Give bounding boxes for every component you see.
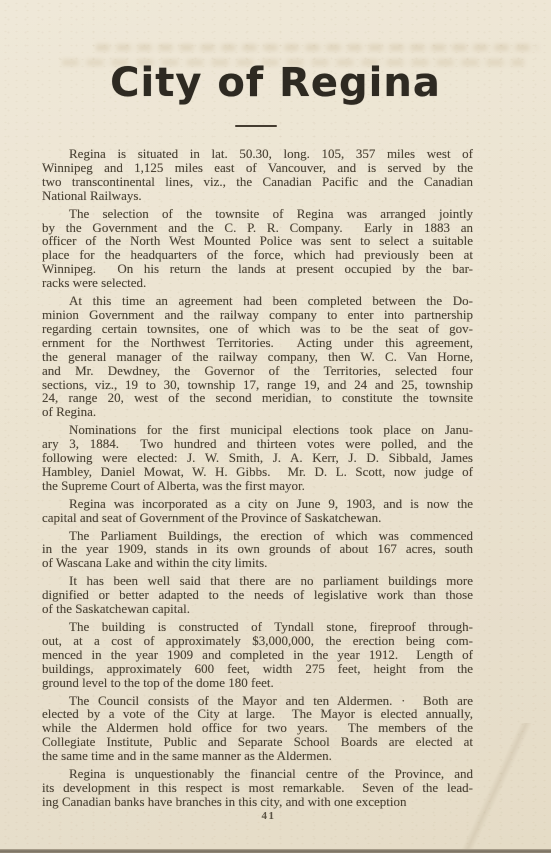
paragraph: Regina is unquestionably the financial c… — [42, 767, 473, 809]
paragraph: The selection of the townsite of Regina … — [42, 207, 473, 290]
paragraph: Regina is situated in lat. 50.30, long. … — [42, 147, 473, 203]
text-line: Nominations for the first municipal elec… — [42, 423, 473, 437]
scan-bottom-edge — [0, 849, 551, 853]
text-line: capital and seat of Government of the Pr… — [42, 511, 473, 525]
text-line: two transcontinental lines, viz., the Ca… — [42, 175, 473, 189]
paragraph: The building is constructed of Tyndall s… — [42, 620, 473, 690]
text-line: Regina was incorporated as a city on Jun… — [42, 497, 473, 511]
page-title: City of Regina — [0, 60, 551, 106]
text-line: menced in the year 1909 and completed in… — [42, 648, 473, 662]
paragraph: Nominations for the first municipal elec… — [42, 423, 473, 493]
text-line: Regina is unquestionably the financial c… — [42, 767, 473, 781]
text-line: National Railways. — [42, 189, 473, 203]
text-line: while the Aldermen hold office for two y… — [42, 721, 473, 735]
text-line: and Mr. Dewdney, the Governor of the Ter… — [42, 364, 473, 378]
text-line: the same time and in the same manner as … — [42, 749, 473, 763]
text-line: racks were selected. — [42, 276, 473, 290]
text-line: 24, range 20, west of the second meridia… — [42, 391, 473, 405]
title-divider — [235, 125, 277, 127]
paragraph: The Council consists of the Mayor and te… — [42, 694, 473, 764]
paragraph: At this time an agreement had been compl… — [42, 294, 473, 419]
text-line: minion Government and the railway compan… — [42, 308, 473, 322]
body-text: Regina is situated in lat. 50.30, long. … — [42, 147, 473, 813]
show-through-ghost-line — [96, 44, 538, 51]
text-line: regarding certain townsites, one of whic… — [42, 322, 473, 336]
scanned-page: City of Regina Regina is situated in lat… — [0, 0, 551, 853]
text-line: ary 3, 1884. Two hundred and thirteen vo… — [42, 437, 473, 451]
text-line: The selection of the townsite of Regina … — [42, 207, 473, 221]
text-line: by the Government and the C. P. R. Compa… — [42, 221, 473, 235]
text-line: out, at a cost of approximately $3,000,0… — [42, 634, 473, 648]
text-line: officer of the North West Mounted Police… — [42, 234, 473, 248]
text-line: elected by a vote of the City at large. … — [42, 707, 473, 721]
text-line: the Supreme Court of Alberta, was the fi… — [42, 479, 473, 493]
text-line: Collegiate Institute, Public and Separat… — [42, 735, 473, 749]
text-line: its development in this respect is most … — [42, 781, 473, 795]
text-line: of Regina. — [42, 405, 473, 419]
text-line: buildings, approximately 600 feet, width… — [42, 662, 473, 676]
text-line: Hambley, Daniel Mowat, W. H. Gibbs. Mr. … — [42, 465, 473, 479]
text-line: ground level to the top of the dome 180 … — [42, 676, 473, 690]
text-line: Winnipeg and 1,125 miles east of Vancouv… — [42, 161, 473, 175]
text-line: The building is constructed of Tyndall s… — [42, 620, 473, 634]
text-line: ernment for the Northwest Territories. A… — [42, 336, 473, 350]
text-line: It has been well said that there are no … — [42, 574, 473, 588]
paragraph: The Parliament Buildings, the erection o… — [42, 529, 473, 571]
page-number: 41 — [0, 810, 537, 822]
text-line: dignified or better adapted to the needs… — [42, 588, 473, 602]
text-line: Winnipeg. On his return the lands at pre… — [42, 262, 473, 276]
text-line: The Parliament Buildings, the erection o… — [42, 529, 473, 543]
text-line: At this time an agreement had been compl… — [42, 294, 473, 308]
paragraph: Regina was incorporated as a city on Jun… — [42, 497, 473, 525]
text-line: the general manager of the railway compa… — [42, 350, 473, 364]
text-line: following were elected: J. W. Smith, J. … — [42, 451, 473, 465]
text-line: Regina is situated in lat. 50.30, long. … — [42, 147, 473, 161]
text-line: place for the headquarters of the force,… — [42, 248, 473, 262]
text-line: The Council consists of the Mayor and te… — [42, 694, 473, 708]
text-line: of Wascana Lake and within the city limi… — [42, 556, 473, 570]
text-line: in the year 1909, stands in its own grou… — [42, 542, 473, 556]
text-line: of the Saskatchewan capital. — [42, 602, 473, 616]
paragraph: It has been well said that there are no … — [42, 574, 473, 616]
text-line: sections, viz., 19 to 30, township 17, r… — [42, 378, 473, 392]
text-line: ing Canadian banks have branches in this… — [42, 795, 473, 809]
